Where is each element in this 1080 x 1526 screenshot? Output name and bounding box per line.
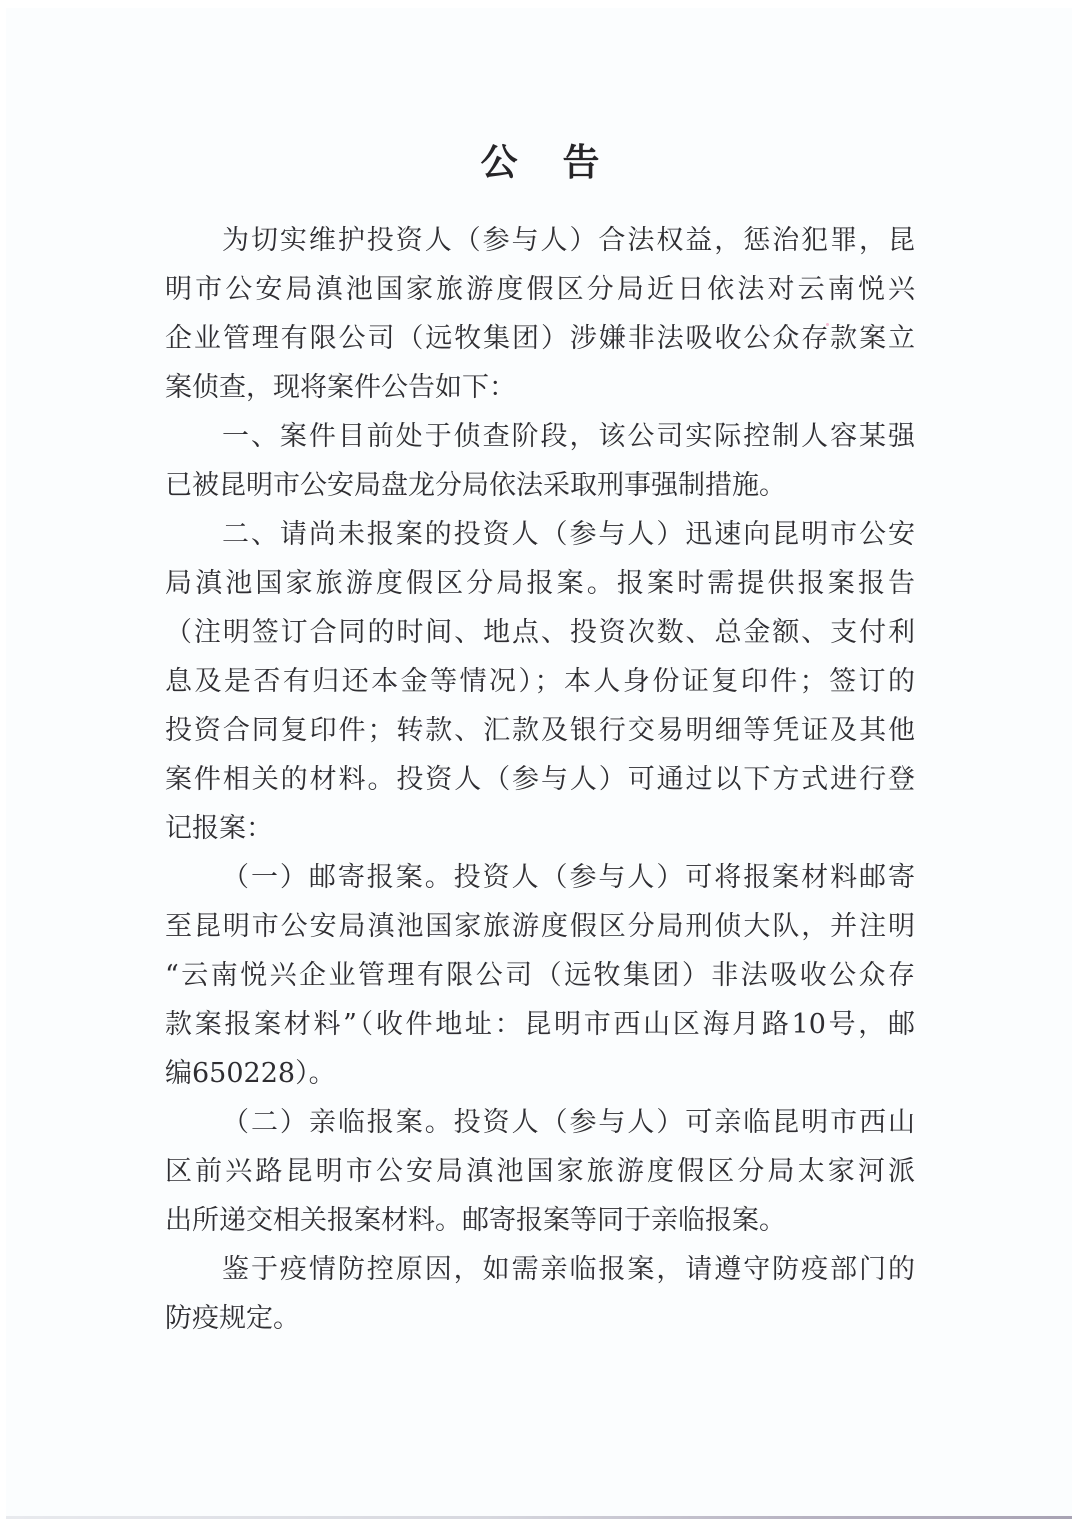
text-line: （一）邮寄报案。投资人（参与人）可将报案材料邮寄 — [165, 853, 915, 902]
paragraph-item-2-2: （二）亲临报案。投资人（参与人）可亲临昆明市西山 区前兴路昆明市公安局滇池国家旅… — [165, 1098, 915, 1245]
text-line: 鉴于疫情防控原因，如需亲临报案，请遵守防疫部门的 — [165, 1245, 915, 1294]
text-line: 息及是否有归还本金等情况）；本人身份证复印件；签订的 — [165, 657, 915, 706]
text-line: 明市公安局滇池国家旅游度假区分局近日依法对云南悦兴 — [165, 265, 915, 314]
document-title: 公告 — [0, 138, 1080, 186]
text-line: 已被昆明市公安局盘龙分局依法采取刑事强制措施。 — [165, 461, 915, 510]
title-char-2: 告 — [560, 138, 602, 186]
text-line: 款案报案材料”（收件地址：昆明市西山区海月路10号，邮 — [165, 1000, 915, 1049]
scan-edge-line — [6, 1516, 1072, 1519]
text-line: 案件相关的材料。投资人（参与人）可通过以下方式进行登 — [165, 755, 915, 804]
text-line: 出所递交相关报案材料。邮寄报案等同于亲临报案。 — [165, 1196, 915, 1245]
paragraph-item-2: 二、请尚未报案的投资人（参与人）迅速向昆明市公安 局滇池国家旅游度假区分局报案。… — [165, 510, 915, 853]
text-line: 企业管理有限公司（远牧集团）涉嫌非法吸收公众存款案立 — [165, 314, 915, 363]
text-line: 二、请尚未报案的投资人（参与人）迅速向昆明市公安 — [165, 510, 915, 559]
scan-artifact-mark — [826, 323, 829, 326]
text-line: 局滇池国家旅游度假区分局报案。报案时需提供报案报告 — [165, 559, 915, 608]
text-line: 为切实维护投资人（参与人）合法权益，惩治犯罪，昆 — [165, 216, 915, 265]
text-line: 至昆明市公安局滇池国家旅游度假区分局刑侦大队，并注明 — [165, 902, 915, 951]
text-line: 编650228）。 — [165, 1049, 915, 1098]
text-line: 投资合同复印件；转款、汇款及银行交易明细等凭证及其他 — [165, 706, 915, 755]
paragraph-intro: 为切实维护投资人（参与人）合法权益，惩治犯罪，昆 明市公安局滇池国家旅游度假区分… — [165, 216, 915, 412]
text-line: 记报案： — [165, 804, 915, 853]
text-line: 区前兴路昆明市公安局滇池国家旅游度假区分局太家河派 — [165, 1147, 915, 1196]
text-line: 防疫规定。 — [165, 1294, 915, 1343]
paragraph-item-2-1: （一）邮寄报案。投资人（参与人）可将报案材料邮寄 至昆明市公安局滇池国家旅游度假… — [165, 853, 915, 1098]
text-line: “云南悦兴企业管理有限公司（远牧集团）非法吸收公众存 — [165, 951, 915, 1000]
text-line: 案侦查，现将案件公告如下： — [165, 363, 915, 412]
text-line: 一、案件目前处于侦查阶段，该公司实际控制人容某强 — [165, 412, 915, 461]
title-char-1: 公 — [478, 138, 520, 186]
document-body: 为切实维护投资人（参与人）合法权益，惩治犯罪，昆 明市公安局滇池国家旅游度假区分… — [165, 216, 915, 1343]
text-line: （注明签订合同的时间、地点、投资次数、总金额、支付利 — [165, 608, 915, 657]
paragraph-closing: 鉴于疫情防控原因，如需亲临报案，请遵守防疫部门的 防疫规定。 — [165, 1245, 915, 1343]
text-line: （二）亲临报案。投资人（参与人）可亲临昆明市西山 — [165, 1098, 915, 1147]
paragraph-item-1: 一、案件目前处于侦查阶段，该公司实际控制人容某强 已被昆明市公安局盘龙分局依法采… — [165, 412, 915, 510]
